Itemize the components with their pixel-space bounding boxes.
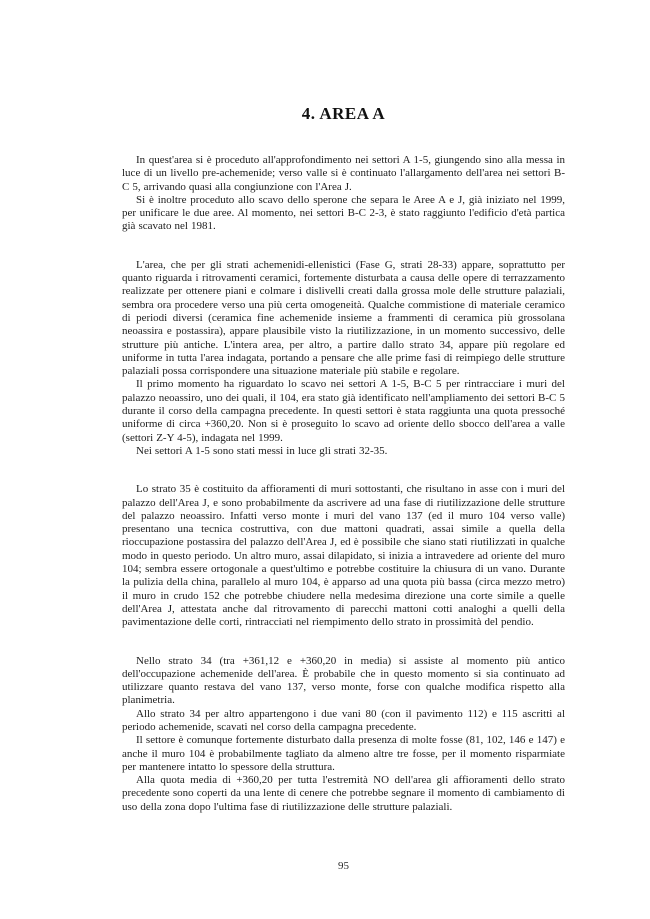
text-section-intro: In quest'area si è proceduto all'approfo…	[122, 154, 565, 234]
paragraph: Lo strato 35 è costituito da affiorament…	[122, 483, 565, 629]
text-column: 4. AREA A In quest'area si è proceduto a…	[122, 104, 565, 814]
body-text: In quest'area si è proceduto all'approfo…	[122, 154, 565, 814]
paragraph: Alla quota media di +360,20 per tutta l'…	[122, 774, 565, 814]
text-section-strati-generale: L'area, che per gli strati achemenidi-el…	[122, 259, 565, 458]
paragraph: Nei settori A 1-5 sono stati messi in lu…	[122, 445, 565, 458]
document-page: 4. AREA A In quest'area si è proceduto a…	[0, 0, 650, 919]
paragraph: L'area, che per gli strati achemenidi-el…	[122, 259, 565, 379]
paragraph: Il primo momento ha riguardato lo scavo …	[122, 378, 565, 444]
paragraph: Il settore è comunque fortemente disturb…	[122, 734, 565, 774]
text-section-strato-35: Lo strato 35 è costituito da affiorament…	[122, 483, 565, 629]
paragraph: In quest'area si è proceduto all'approfo…	[122, 154, 565, 194]
page-number: 95	[122, 860, 565, 872]
paragraph: Nello strato 34 (tra +361,12 e +360,20 i…	[122, 655, 565, 708]
paragraph: Allo strato 34 per altro appartengono i …	[122, 708, 565, 735]
paragraph: Si è inoltre proceduto allo scavo dello …	[122, 194, 565, 234]
text-section-strato-34: Nello strato 34 (tra +361,12 e +360,20 i…	[122, 655, 565, 815]
page-title: 4. AREA A	[122, 104, 565, 124]
